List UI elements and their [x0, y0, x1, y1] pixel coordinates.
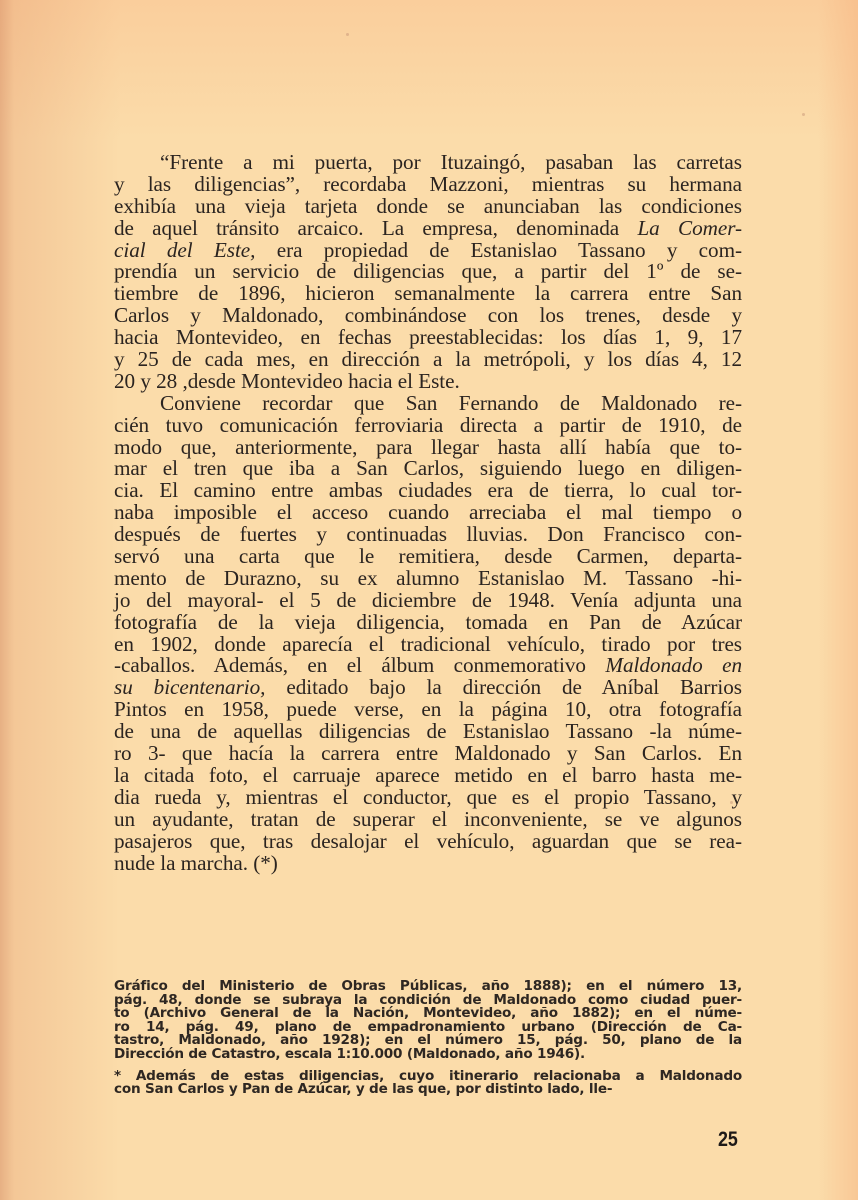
book-page: “Frente a mi puerta, por Ituzaingó, pasa… [0, 0, 858, 1200]
text-line: servó una carta que le remitiera, desde … [114, 546, 742, 568]
paper-speck [802, 113, 805, 116]
album-title-italic: su bicentenario, [114, 675, 265, 699]
text-line: nude la marcha. (*) [114, 853, 742, 875]
text-line: tiembre de 1896, hicieron semanalmente l… [114, 283, 742, 305]
text-segment: de aquel tránsito arcaico. La empresa, d… [114, 216, 619, 240]
text-line: un ayudante, tratan de superar el inconv… [114, 809, 742, 831]
text-line: cia. El camino entre ambas ciudades era … [114, 480, 742, 502]
paragraph-1: “Frente a mi puerta, por Ituzaingó, pasa… [114, 152, 742, 393]
text-line: de una de aquellas diligencias de Estani… [114, 721, 742, 743]
text-line: “Frente a mi puerta, por Ituzaingó, pasa… [114, 152, 742, 174]
text-line: cién tuvo comunicación ferroviaria direc… [114, 415, 742, 437]
text-line: y las diligencias”, recordaba Mazzoni, m… [114, 174, 742, 196]
text-line: ro 3- que hacía la carrera entre Maldona… [114, 743, 742, 765]
paper-speck [346, 33, 349, 36]
text-line: mento de Durazno, su ex alumno Estanisla… [114, 568, 742, 590]
text-line: después de fuertes y continuadas lluvias… [114, 524, 742, 546]
company-name-italic: La Comer- [637, 216, 742, 240]
footnotes: Gráfico del Ministerio de Obras Públicas… [114, 980, 742, 1097]
text-line: mar el tren que iba a San Carlos, siguie… [114, 458, 742, 480]
footnote-line: Dirección de Catastro, escala 1:10.000 (… [114, 1048, 742, 1062]
text-line: Conviene recordar que San Fernando de Ma… [114, 393, 742, 415]
footnote-continued: Gráfico del Ministerio de Obras Públicas… [114, 980, 742, 1062]
text-line: y 25 de cada mes, en dirección a la metr… [114, 349, 742, 371]
paragraph-2: Conviene recordar que San Fernando de Ma… [114, 393, 742, 875]
text-segment: -caballos. Además, en el álbum conmemora… [114, 653, 586, 677]
text-line: su bicentenario, editado bajo la direcci… [114, 677, 742, 699]
company-name-italic: cial del Este, [114, 238, 255, 262]
main-text: “Frente a mi puerta, por Ituzaingó, pasa… [114, 152, 742, 874]
text-line: la citada foto, el carruaje aparece meti… [114, 765, 742, 787]
text-line: en 1902, donde aparecía el tradicional v… [114, 634, 742, 656]
text-line: prendía un servicio de diligencias que, … [114, 261, 742, 283]
text-line: dia rueda y, mientras el conductor, que … [114, 787, 742, 809]
text-line: Carlos y Maldonado, combinándose con los… [114, 305, 742, 327]
text-line: -caballos. Además, en el álbum conmemora… [114, 655, 742, 677]
footnote-line: con San Carlos y Pan de Azúcar, y de las… [114, 1083, 742, 1097]
text-line: modo que, anteriormente, para llegar has… [114, 437, 742, 459]
text-line: de aquel tránsito arcaico. La empresa, d… [114, 218, 742, 240]
text-segment: era propiedad de Estanislao Tassano y co… [277, 238, 742, 262]
text-line: Pintos en 1958, puede verse, en la págin… [114, 699, 742, 721]
text-segment: editado bajo la dirección de Aníbal Barr… [286, 675, 742, 699]
album-title-italic: Maldonado en [605, 653, 742, 677]
page-number: 25 [718, 1128, 738, 1152]
text-line: exhibía una vieja tarjeta donde se anunc… [114, 196, 742, 218]
footnote-asterisk: * Además de estas diligencias, cuyo itin… [114, 1070, 742, 1097]
text-line: fotografía de la vieja diligencia, tomad… [114, 612, 742, 634]
text-line: 20 y 28 ,desde Montevideo hacia el Este. [114, 371, 742, 393]
text-line: pasajeros que, tras desalojar el vehícul… [114, 831, 742, 853]
paper-speck [730, 801, 733, 804]
text-line: hacia Montevideo, en fechas preestableci… [114, 327, 742, 349]
text-line: naba imposible el acceso cuando arreciab… [114, 502, 742, 524]
text-line: jo del mayoral- el 5 de diciembre de 194… [114, 590, 742, 612]
text-line: cial del Este, era propiedad de Estanisl… [114, 240, 742, 262]
